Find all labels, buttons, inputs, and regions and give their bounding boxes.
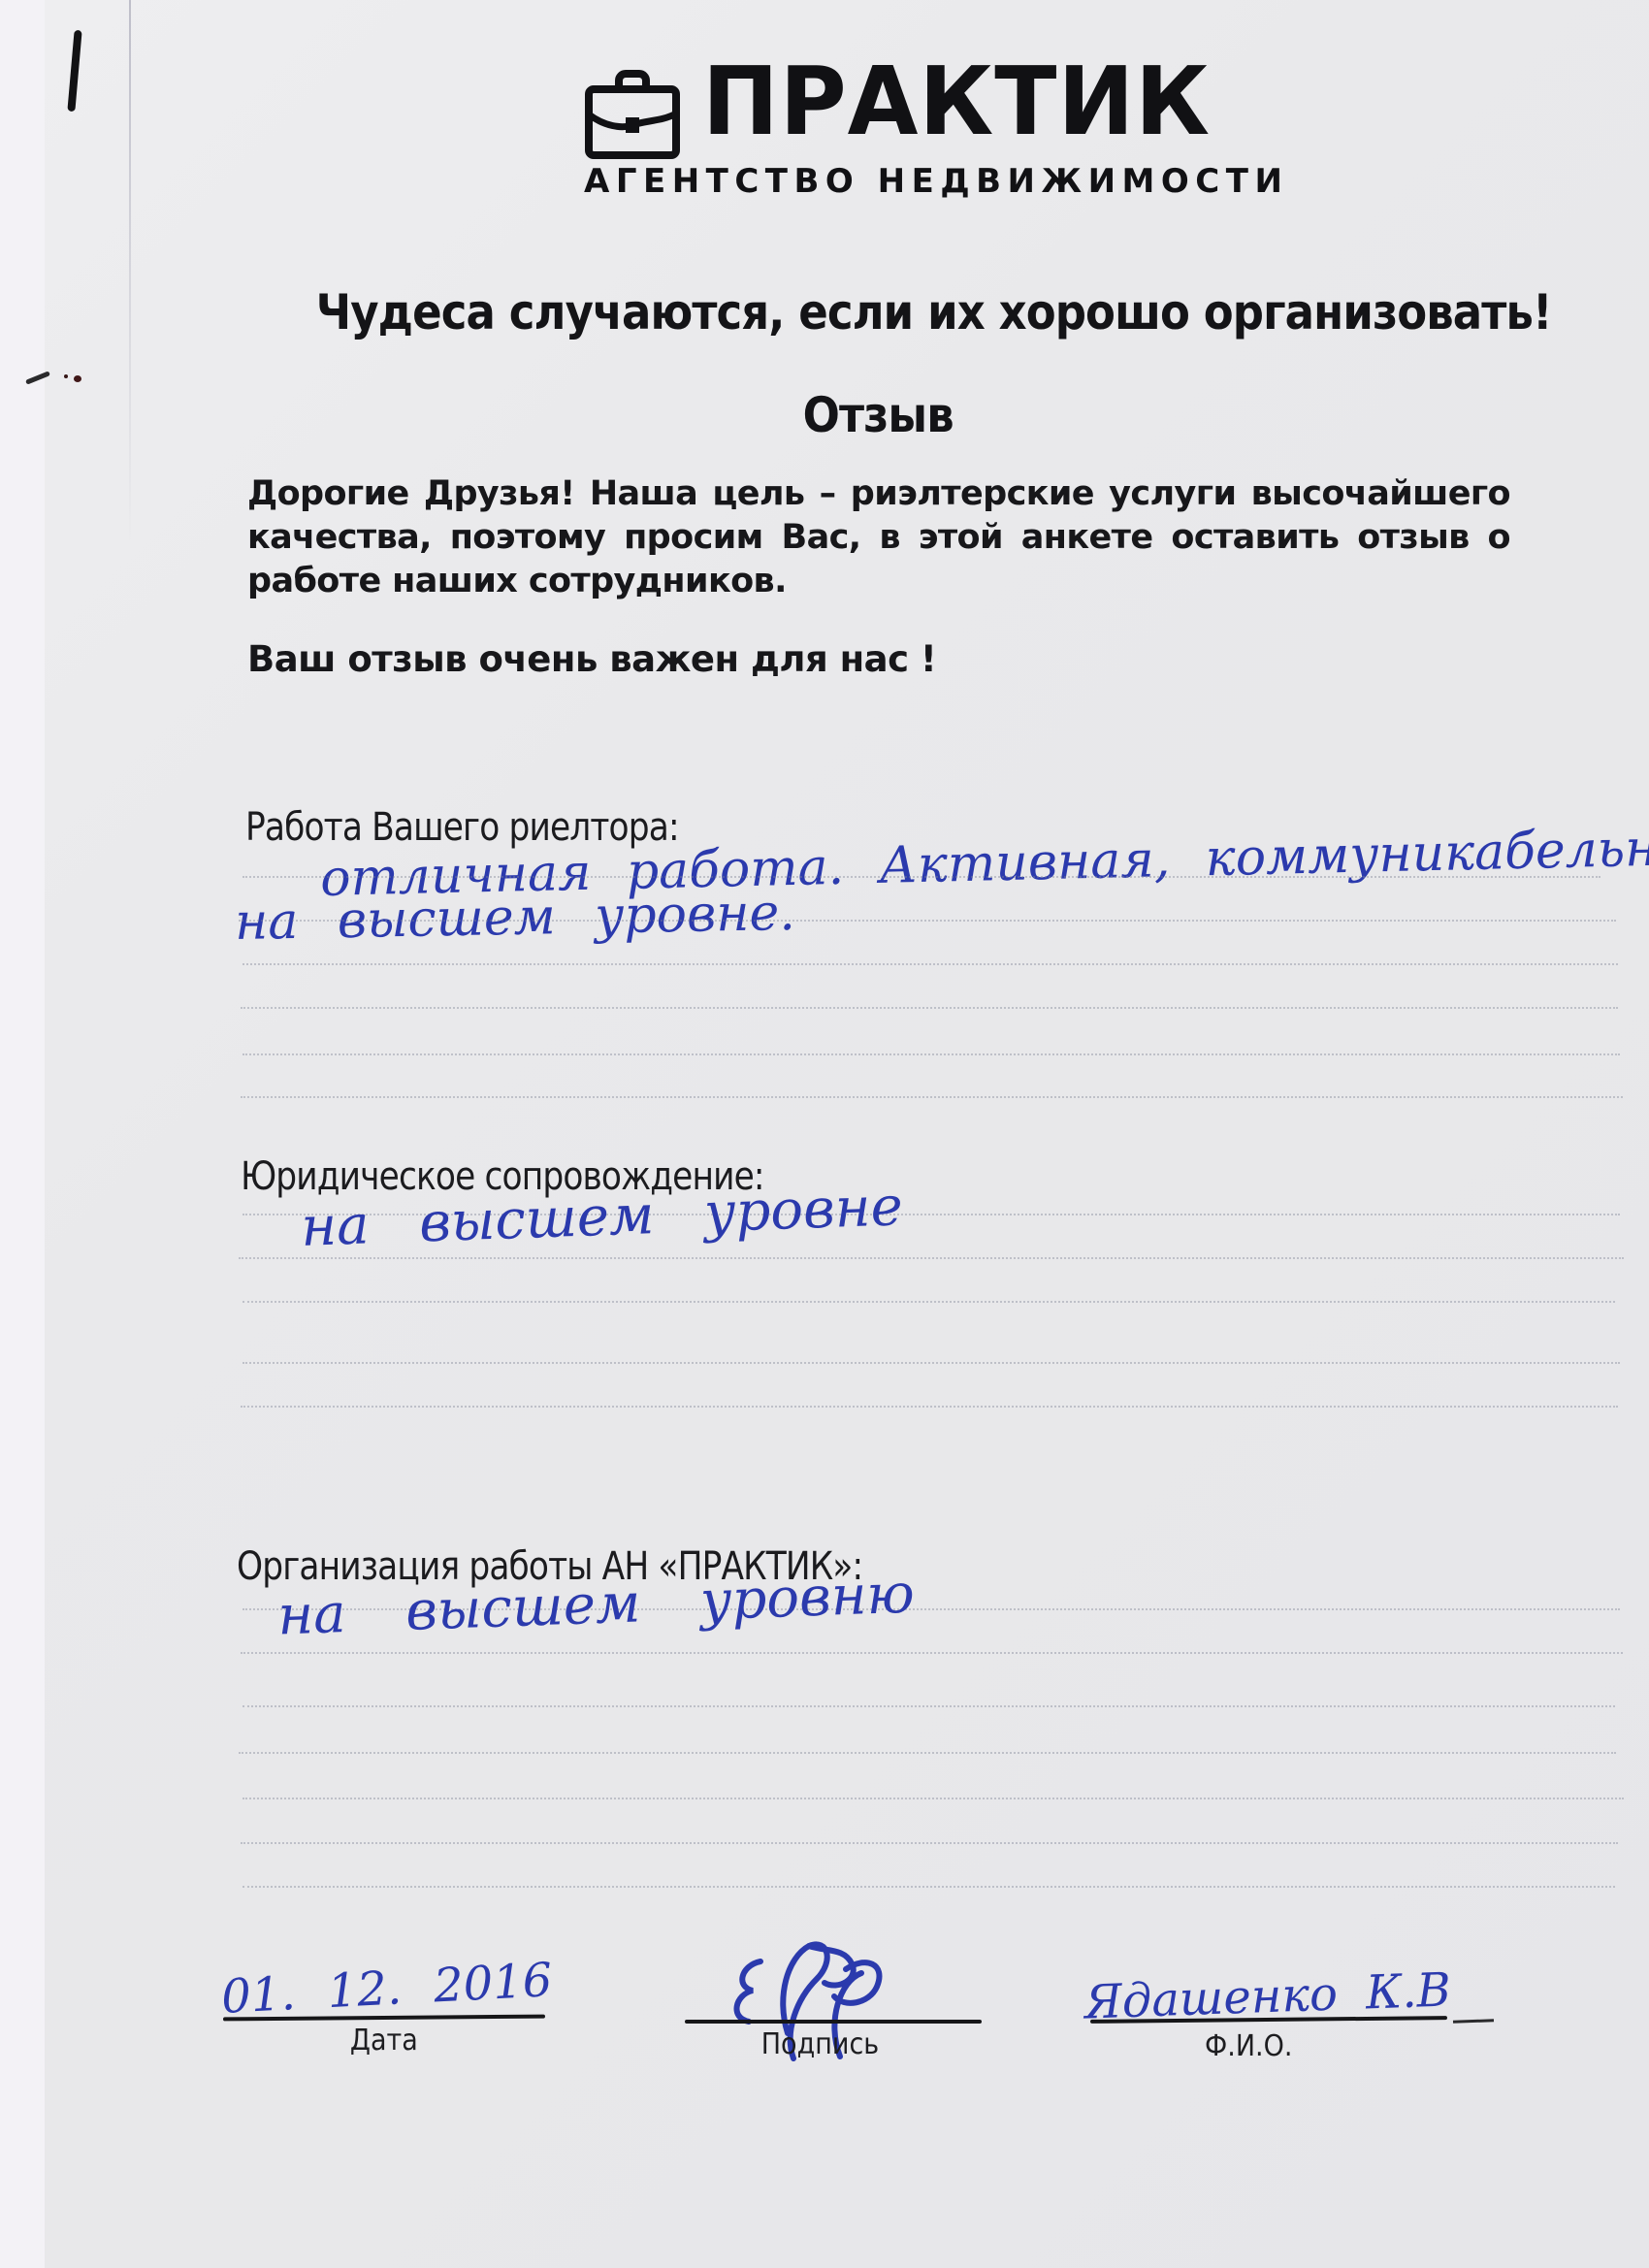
paper-fold-line — [129, 0, 131, 543]
slogan: Чудеса случаются, если их хорошо организ… — [316, 284, 1552, 340]
ruled-line — [239, 1257, 1624, 1259]
briefcase-icon — [582, 64, 683, 161]
intro-paragraph: Дорогие Друзья! Наша цель – риэлтерские … — [247, 472, 1510, 603]
ruled-line — [242, 1798, 1624, 1799]
scan-edge-strip — [0, 0, 45, 2268]
scan-speck — [64, 374, 68, 378]
slogan-row: Чудеса случаются, если их хорошо организ… — [247, 284, 1508, 340]
ruled-line — [241, 1406, 1618, 1408]
scan-speck — [74, 375, 81, 382]
ruled-line — [242, 1886, 1615, 1888]
ruled-line — [242, 1705, 1615, 1707]
handwritten-date: 01. 12. 2016 — [220, 1953, 554, 2025]
signature-label: Подпись — [745, 2027, 894, 2061]
date-label: Дата — [320, 2024, 448, 2057]
name-underline-dash — [1453, 2019, 1494, 2023]
ruled-line — [242, 963, 1618, 965]
brand-name: ПРАКТИК — [702, 47, 1211, 156]
ruled-line — [242, 1053, 1620, 1055]
ruled-line — [239, 1752, 1616, 1754]
pen-mark — [67, 30, 81, 112]
signature-underline — [685, 2020, 982, 2024]
ruled-line — [241, 1842, 1618, 1844]
ruled-line — [242, 1301, 1615, 1303]
page-title: Отзыв — [802, 387, 953, 443]
ruled-line — [242, 876, 1600, 878]
name-label: Ф.И.О. — [1176, 2029, 1321, 2063]
ruled-line — [239, 920, 1616, 922]
importance-note: Ваш отзыв очень важен для нас ! — [247, 638, 936, 680]
scanned-feedback-form: ПРАКТИК АГЕНТСТВО НЕДВИЖИМОСТИ Чудеса сл… — [0, 0, 1649, 2268]
ruled-line — [241, 1007, 1618, 1009]
handwritten-answer-realtor-line2: на высшем уровне. — [235, 884, 796, 952]
ruled-line — [242, 1362, 1620, 1364]
ruled-line — [241, 1096, 1623, 1098]
brand-subtitle: АГЕНТСТВО НЕДВИЖИМОСТИ — [584, 162, 1288, 201]
title-row: Отзыв — [247, 387, 1508, 443]
ruled-line — [241, 1652, 1623, 1654]
